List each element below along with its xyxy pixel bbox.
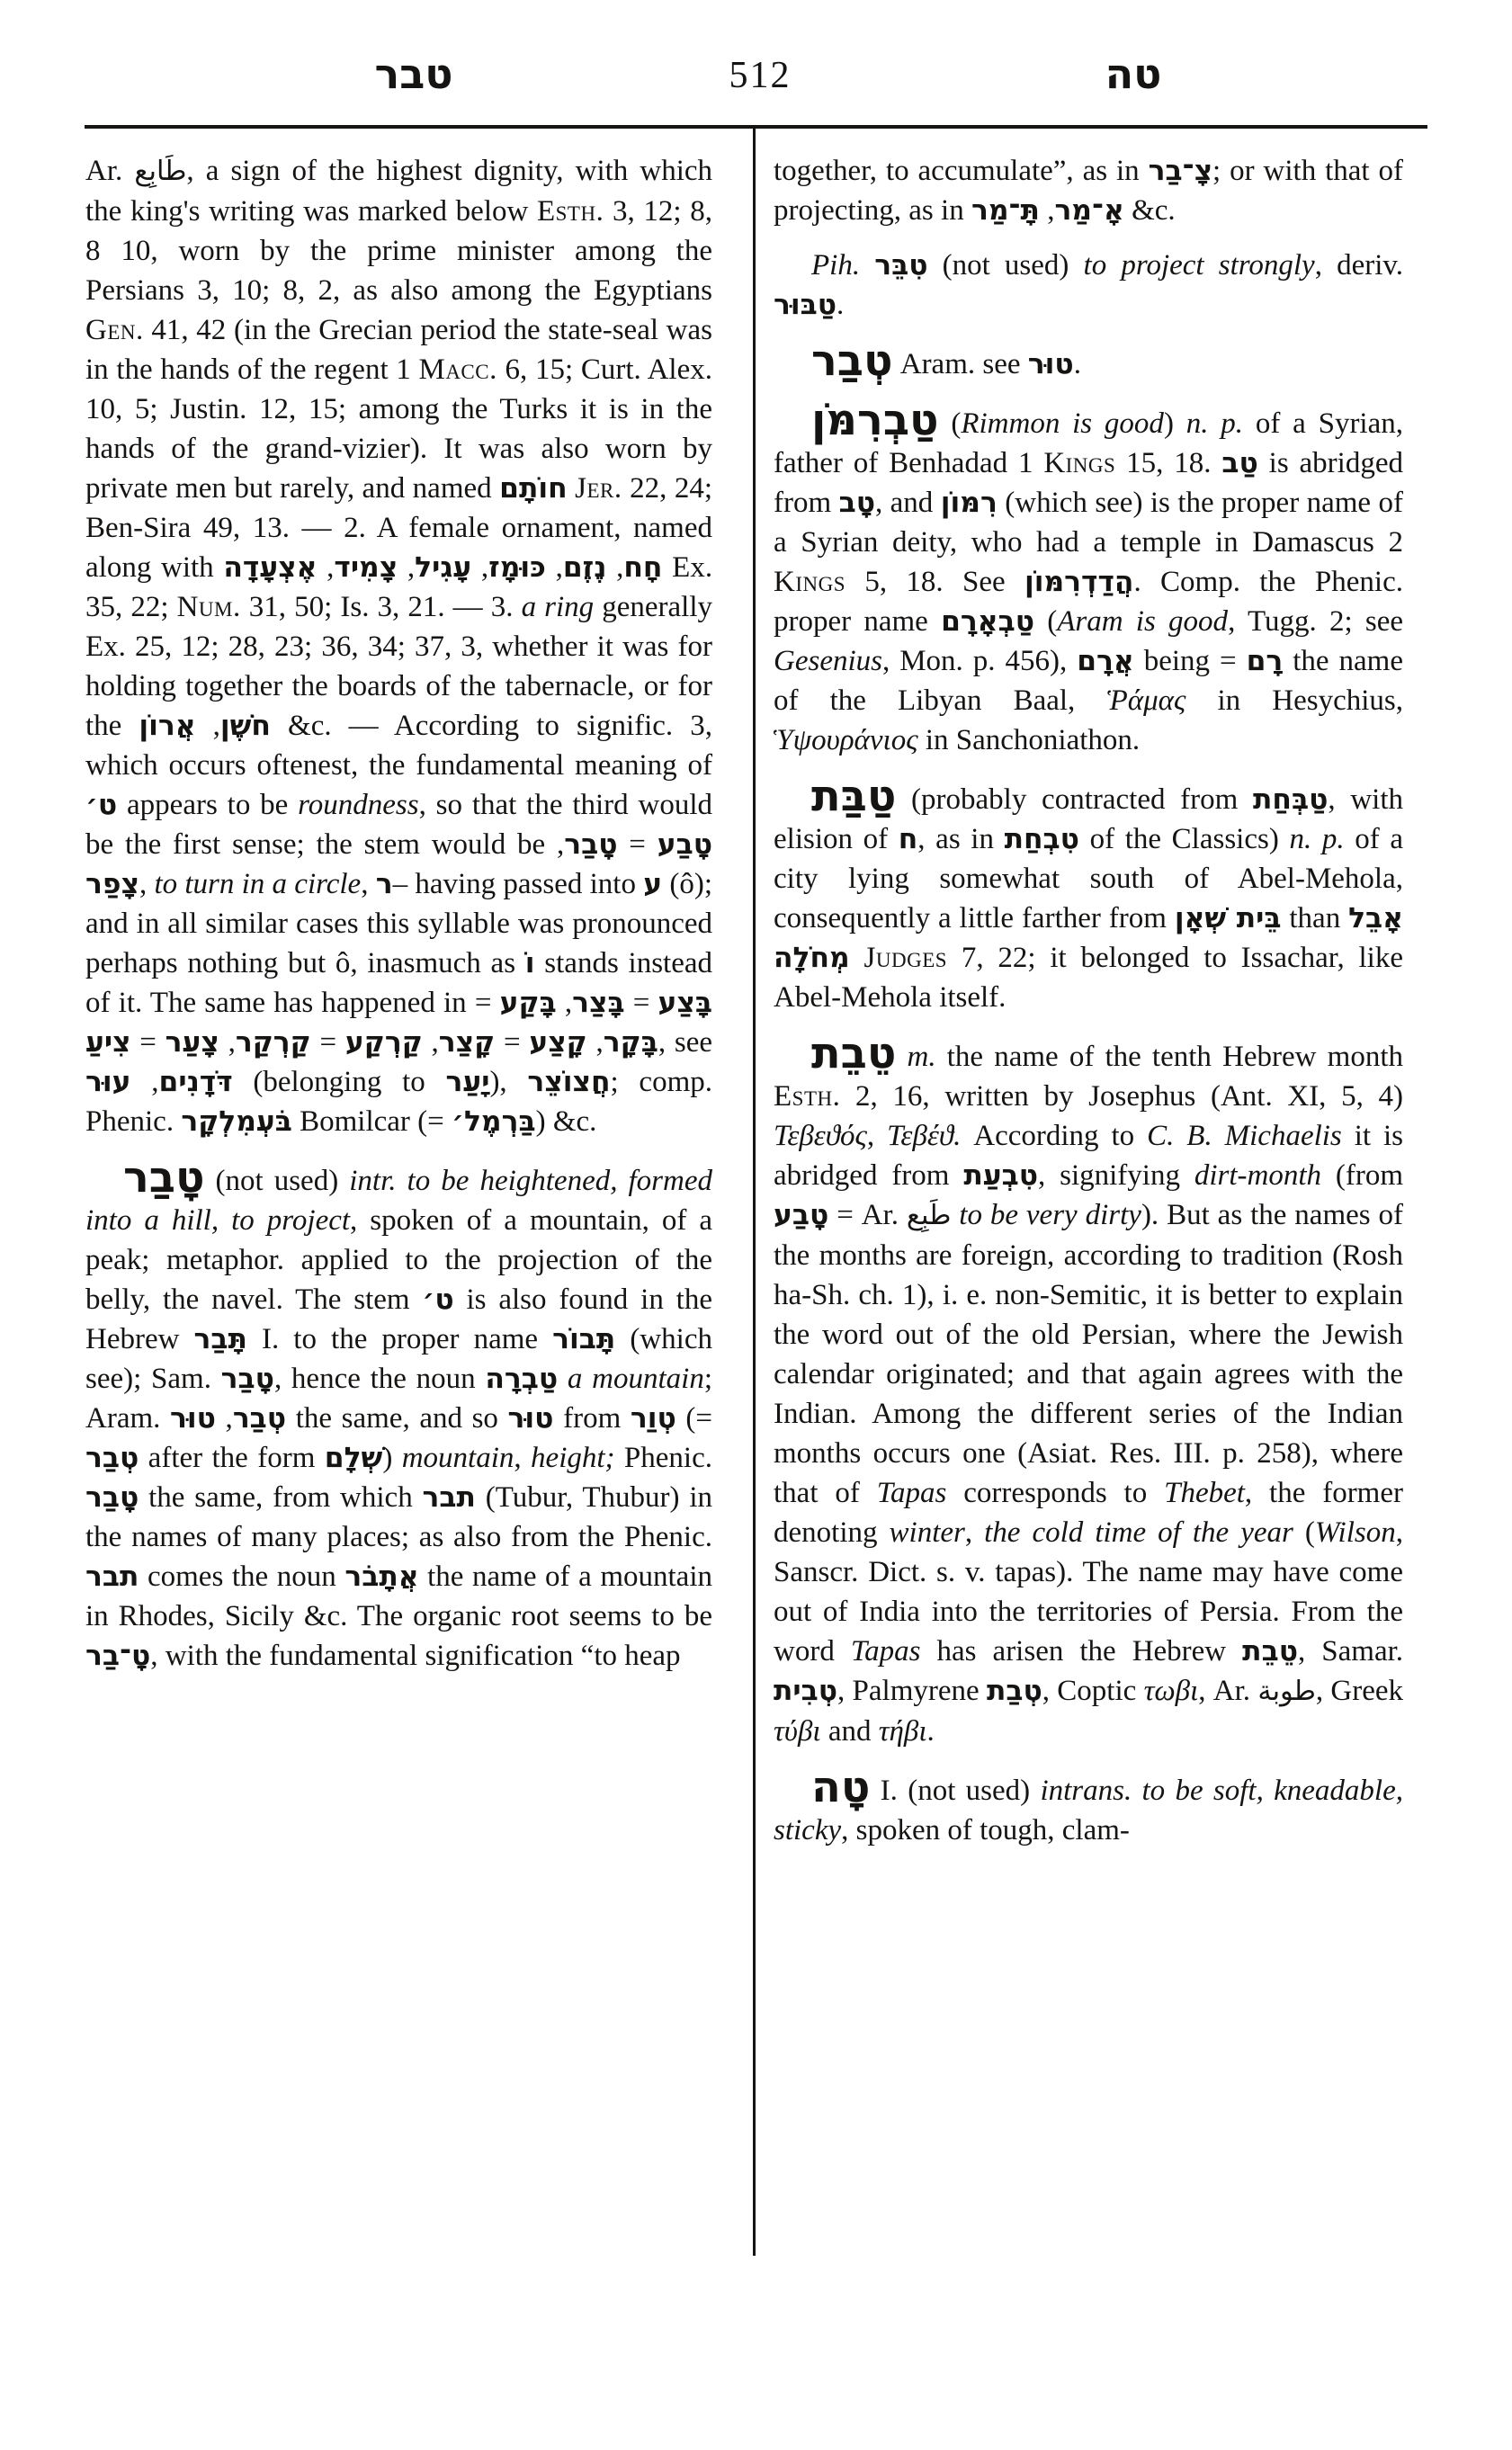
text-run-g: τωβι <box>1144 1675 1199 1707</box>
text-run-r: , <box>219 1026 236 1059</box>
text-run-h: טוּר <box>170 1402 216 1435</box>
text-run-h: טָבַע <box>658 828 712 861</box>
text-run-r: , <box>557 987 572 1019</box>
text-run-h: עוּר <box>85 1066 131 1098</box>
text-run-h: טוּר <box>508 1402 554 1435</box>
text-run-r: , hence the noun <box>274 1363 485 1395</box>
text-run-r: the same, and so <box>286 1402 507 1435</box>
text-run-r: , Mon. p. 456), <box>882 645 1077 677</box>
text-run-r: Aram. see <box>892 348 1027 380</box>
text-run-h: צָמִיד <box>334 551 398 584</box>
text-run-h: נֶזֶם <box>563 551 607 584</box>
text-run-h: טֵבֵת <box>1242 1635 1298 1668</box>
entry-pih-tibber: Pih. טִבֵּר (not used) to project strong… <box>774 246 1403 325</box>
text-run-r: = <box>131 1026 166 1059</box>
text-run-g: τύβι <box>774 1715 821 1748</box>
text-run-r: the same, from which <box>139 1481 422 1514</box>
text-run-h: ע <box>643 868 662 900</box>
text-run-r: = <box>475 987 500 1019</box>
text-run-h: טַבְרָה <box>485 1363 558 1395</box>
text-run-h: תבר <box>423 1481 476 1514</box>
text-run-r: ), <box>489 1066 527 1098</box>
column-divider-rule <box>753 129 756 2256</box>
text-run-h: תָּבוֹר <box>552 1323 615 1355</box>
dictionary-page: טבר 512 טה Ar. طَابِع, a sign of the hig… <box>0 0 1512 2450</box>
text-run-r: ) &c. <box>536 1105 597 1138</box>
text-run-h: בָּצַר <box>572 987 624 1019</box>
text-run-h: ט׳ <box>422 1283 453 1316</box>
text-run-i: the cold time of the year <box>984 1516 1293 1549</box>
text-run-r: than <box>1281 902 1348 934</box>
text-run-h: אֶצְעָדָה <box>223 551 317 584</box>
text-run-r: , <box>471 551 488 584</box>
text-run-h: דֹּדָנִים <box>159 1066 233 1098</box>
text-run-r: , <box>606 551 623 584</box>
text-run-h: צִיעַ <box>85 1026 131 1059</box>
text-run-i: m. <box>908 1041 936 1073</box>
text-run-r: ) <box>1164 407 1186 440</box>
text-run-sc: Esth. <box>774 1080 840 1113</box>
text-run-r: , <box>216 1402 233 1435</box>
text-run-r <box>951 1199 959 1231</box>
text-run-r: , and <box>875 487 941 519</box>
text-run-h: בֹּעְמִלְקָר <box>181 1105 292 1138</box>
text-run-i: winter <box>890 1516 965 1549</box>
text-run-r: , <box>317 551 334 584</box>
text-run-r: ) <box>382 1442 401 1474</box>
text-run-ar: طَابِع <box>134 156 186 187</box>
text-run-h: קַרְקַע <box>345 1026 423 1059</box>
text-run-h: בַּרְמֶל׳ <box>452 1105 536 1138</box>
text-run-i: Thebet <box>1164 1477 1245 1509</box>
text-run-hb: טָבַר <box>123 1152 204 1203</box>
text-run-r <box>568 472 575 505</box>
text-run-i: C. B. Michaelis <box>1147 1120 1342 1152</box>
text-run-r: , <box>587 1026 604 1059</box>
text-run-r: – having passed into <box>393 868 644 900</box>
text-run-i: dirt-month <box>1194 1159 1321 1192</box>
text-run-r: , <box>398 551 415 584</box>
text-run-r: together, to accumulate”, as in <box>774 155 1149 187</box>
text-run-r: , with the fundamental signification “to… <box>150 1640 680 1672</box>
text-run-h: חֲצוֹצֵר <box>527 1066 610 1098</box>
text-run-ar: طَبِع <box>907 1200 951 1231</box>
text-run-r: (not used) <box>928 249 1084 282</box>
text-run-r <box>896 1041 907 1073</box>
text-run-i: Rimmon is good <box>961 407 1164 440</box>
text-run-h: תָּ־מַר <box>971 194 1040 227</box>
text-run-sc: Num. <box>177 591 241 623</box>
text-run-r: = <box>618 828 658 861</box>
text-run-r: ( <box>939 407 962 440</box>
text-run-h: טוּר <box>1028 348 1074 380</box>
text-run-r: ( <box>1034 605 1057 638</box>
text-run-h: טְבִית <box>774 1675 837 1707</box>
header-left-keyword: טבר <box>324 45 504 103</box>
text-run-sc: Esth. <box>537 195 604 228</box>
text-run-r: , Palmyrene <box>837 1675 987 1707</box>
text-run-r: I. to the proper name <box>247 1323 552 1355</box>
text-run-r: , <box>196 710 220 742</box>
text-run-r <box>558 1363 568 1395</box>
text-run-h: טָבַר <box>221 1363 274 1395</box>
text-run-h: קָצַר <box>439 1026 495 1059</box>
text-run-r: , <box>139 868 155 900</box>
text-run-r: , see <box>658 1026 712 1059</box>
text-run-sc: Gen. <box>85 314 144 346</box>
text-run-sc: Jer. <box>575 472 622 505</box>
text-run-h: אֲתָבֹר <box>344 1560 418 1593</box>
text-run-hb: טַבְרִמֹּן <box>811 395 939 445</box>
text-run-h: טְבַר <box>85 1442 139 1474</box>
text-run-h: חוֹתָם <box>499 472 568 505</box>
text-run-i: to turn in a circle <box>154 868 361 900</box>
text-run-r: , Samar. <box>1298 1635 1403 1668</box>
text-run-r: 15, 18. <box>1115 447 1221 479</box>
text-run-i: roundness <box>298 789 418 821</box>
text-run-r: 5, 18. See <box>845 566 1024 598</box>
text-run-h: צָ־בַר <box>1149 155 1212 187</box>
text-run-r: and <box>821 1715 879 1748</box>
text-run-i: Aram is good <box>1057 605 1228 638</box>
text-run-r: According to <box>961 1120 1147 1152</box>
entry-tabbath: טַבַּת (probably contracted from טַבְּחַ… <box>774 775 1403 1017</box>
entry-tebeth-month: טֵבֵת m. the name of the tenth Hebrew mo… <box>774 1033 1403 1751</box>
header-rule <box>85 125 1427 129</box>
text-run-h: יָעַר <box>446 1066 490 1098</box>
text-run-h: אֲרוֹן <box>139 710 195 742</box>
text-run-g: τήβι <box>879 1715 927 1748</box>
text-run-r: &c. <box>1124 194 1176 227</box>
text-run-r: in Hesychius, <box>1185 684 1403 717</box>
entry-continuation-tabar: together, to accumulate”, as in צָ־בַר; … <box>774 151 1403 230</box>
text-run-h: כּוּמָז <box>488 551 546 584</box>
text-run-h: טְבַר <box>233 1402 286 1435</box>
text-run-r: = Ar. <box>828 1199 907 1231</box>
text-run-r: , <box>965 1516 984 1549</box>
text-run-h: ר <box>376 868 393 900</box>
entry-tabar-verb: טָבַר (not used) intr. to be heightened,… <box>85 1157 712 1676</box>
text-run-r: , Tugg. 2; see <box>1228 605 1403 638</box>
text-run-i: height; <box>531 1442 614 1474</box>
text-run-h: טַב <box>1221 447 1257 479</box>
text-run-g: Τεβεϑός <box>774 1120 867 1152</box>
text-run-r: = <box>625 987 658 1019</box>
text-run-h: שְׁלָם <box>325 1442 383 1474</box>
right-column: together, to accumulate”, as in צָ־בַר; … <box>774 151 1403 1850</box>
text-run-r: the name of the tenth Hebrew month <box>936 1041 1403 1073</box>
text-run-r: , <box>131 1066 159 1098</box>
text-run-r: Phenic. <box>615 1442 712 1474</box>
text-run-r: (probably contracted from <box>896 783 1253 816</box>
text-run-r: corresponds to <box>946 1477 1164 1509</box>
text-run-r: has arisen the Hebrew <box>921 1635 1243 1668</box>
text-run-sc: Macc. <box>418 353 497 386</box>
text-run-h: צָפַר <box>85 868 139 900</box>
text-run-h: טְוַר <box>631 1402 676 1435</box>
text-run-g: Ὑψουράνιος <box>774 724 918 756</box>
text-run-g: Τεβέϑ. <box>887 1120 961 1152</box>
text-run-i: a ring <box>522 591 595 623</box>
text-run-i: Pih. <box>811 249 860 282</box>
text-run-r: (= <box>676 1402 712 1435</box>
text-run-h: טַבְּחַת <box>1253 783 1328 816</box>
text-run-h: טִבְעַת <box>963 1159 1038 1192</box>
entry-continuation-seal: Ar. طَابِع, a sign of the highest dignit… <box>85 151 712 1141</box>
text-run-i: mountain <box>402 1442 514 1474</box>
text-run-h: טָ־בַר <box>85 1640 150 1672</box>
text-run-h: רָם <box>1247 645 1284 677</box>
text-run-r: in Sanchoniathon. <box>918 724 1141 756</box>
entry-tabrimmon: טַבְרִמֹּן (Rimmon is good) n. p. of a S… <box>774 399 1403 760</box>
left-column: Ar. طَابِع, a sign of the highest dignit… <box>85 151 712 1676</box>
text-run-r: , <box>514 1442 531 1474</box>
text-run-h: הֲדַדְרִמּוֹן <box>1024 566 1133 598</box>
text-run-r: ). But as the names of the months are fo… <box>774 1199 1403 1509</box>
text-run-h: תָּבַר <box>194 1323 247 1355</box>
text-run-r: , Ar. <box>1198 1675 1257 1707</box>
text-run-r: , <box>557 828 564 861</box>
text-run-r: . <box>927 1715 935 1748</box>
text-run-h: טַבְאָרָם <box>941 605 1034 638</box>
text-run-h: טָבַר <box>85 1481 139 1514</box>
text-run-r: 2, 16, written by Josephus (Ant. XI, 5, … <box>840 1080 1403 1113</box>
text-run-h: אָ־מַר <box>1054 194 1123 227</box>
text-run-h: קָצַע <box>529 1026 586 1059</box>
text-run-h: וֹ <box>525 947 535 979</box>
text-run-h: טָבַע <box>774 1199 828 1231</box>
text-run-i: Tapas <box>877 1477 947 1509</box>
text-run-r: , Coptic <box>1042 1675 1144 1707</box>
text-run-i: n. p. <box>1186 407 1243 440</box>
text-run-h: צָעַר <box>166 1026 219 1059</box>
text-run-ar: طوبة <box>1257 1676 1316 1707</box>
text-run-r: (from <box>1321 1159 1403 1192</box>
text-run-h: רִמּוֹן <box>941 487 998 519</box>
text-run-i: to project strongly <box>1084 249 1315 282</box>
text-run-r: of the Classics) <box>1079 823 1290 855</box>
text-run-r: I. (not used) <box>870 1775 1040 1807</box>
text-run-h: בֵּית שְׁאָן <box>1175 902 1282 934</box>
text-run-i: Gesenius <box>774 645 882 677</box>
text-run-r <box>850 942 864 974</box>
text-run-h: טְבַת <box>987 1675 1042 1707</box>
text-run-h: טָב <box>839 487 875 519</box>
entry-tebar-aram: טְבַר Aram. see טוּר. <box>774 340 1403 384</box>
text-run-h: ט׳ <box>85 789 117 821</box>
text-run-hb: טְבַר <box>811 335 892 386</box>
text-run-r: . <box>837 289 844 321</box>
text-run-r: , deriv. <box>1315 249 1403 282</box>
text-run-h: טִבְחַת <box>1005 823 1079 855</box>
text-run-hb: טָה <box>811 1762 870 1812</box>
text-run-i: to be very dirty <box>959 1199 1141 1231</box>
text-run-r: , <box>546 551 563 584</box>
text-run-h: קַרְקַר <box>236 1026 311 1059</box>
text-run-r: (not used) <box>204 1165 349 1197</box>
text-run-h: טִבֵּר <box>874 249 927 282</box>
text-run-r: being = <box>1134 645 1247 677</box>
text-run-h: אֲרָם <box>1077 645 1134 677</box>
text-run-r: , <box>423 1026 439 1059</box>
text-run-r: , as in <box>917 823 1004 855</box>
text-run-h: בָּצַע <box>658 987 712 1019</box>
text-run-r: , <box>361 868 376 900</box>
text-run-r: , spoken of tough, clam- <box>841 1814 1130 1846</box>
text-run-h: ח <box>899 823 918 855</box>
text-run-r: , <box>867 1120 887 1152</box>
text-run-i: Wilson <box>1315 1516 1396 1549</box>
text-run-i: Tapas <box>851 1635 921 1668</box>
page-number: 512 <box>684 49 837 103</box>
text-run-h: בָּקָר <box>604 1026 658 1059</box>
text-run-sc: Judges <box>864 942 948 974</box>
text-run-sc: Kings <box>774 566 845 598</box>
text-run-g: Ῥάμας <box>1106 684 1185 717</box>
text-run-i: n. p. <box>1289 823 1344 855</box>
text-run-h: עָגִיל <box>415 551 471 584</box>
text-run-r: 31, 50; Is. 3, 21. — 3. <box>241 591 522 623</box>
text-run-r: = <box>495 1026 529 1059</box>
text-run-sc: Kings <box>1043 447 1115 479</box>
text-run-r: comes the noun <box>139 1560 344 1593</box>
text-run-i: a mountain <box>568 1363 704 1395</box>
text-run-r: Ar. <box>85 155 134 187</box>
text-run-r: appears to be <box>117 789 298 821</box>
text-run-hb: טַבַּת <box>811 771 896 821</box>
text-run-h: טַבּוּר <box>774 289 837 321</box>
text-run-r: Bomilcar (= <box>292 1105 452 1138</box>
text-run-r <box>860 249 874 282</box>
text-run-h: תבר <box>85 1560 139 1593</box>
text-run-r: ( <box>1293 1516 1315 1549</box>
text-run-hb: טֵבֵת <box>811 1028 896 1078</box>
text-run-r: , <box>1040 194 1055 227</box>
text-run-h: חֹשֶׁן <box>220 710 271 742</box>
text-run-r: from <box>553 1402 630 1435</box>
text-run-h: בָּקַע <box>500 987 557 1019</box>
text-run-r: = <box>311 1026 345 1059</box>
entry-tah: טָה I. (not used) intrans. to be soft, k… <box>774 1766 1403 1850</box>
text-run-h: טָבַר <box>564 828 617 861</box>
text-run-r: , signifying <box>1038 1159 1194 1192</box>
text-run-r: (belonging to <box>233 1066 446 1098</box>
text-run-r: . <box>1074 348 1081 380</box>
text-run-r: after the form <box>139 1442 324 1474</box>
header-right-keyword: טה <box>1043 45 1223 103</box>
text-run-r: , Greek <box>1316 1675 1403 1707</box>
text-run-h: חָח <box>623 551 662 584</box>
